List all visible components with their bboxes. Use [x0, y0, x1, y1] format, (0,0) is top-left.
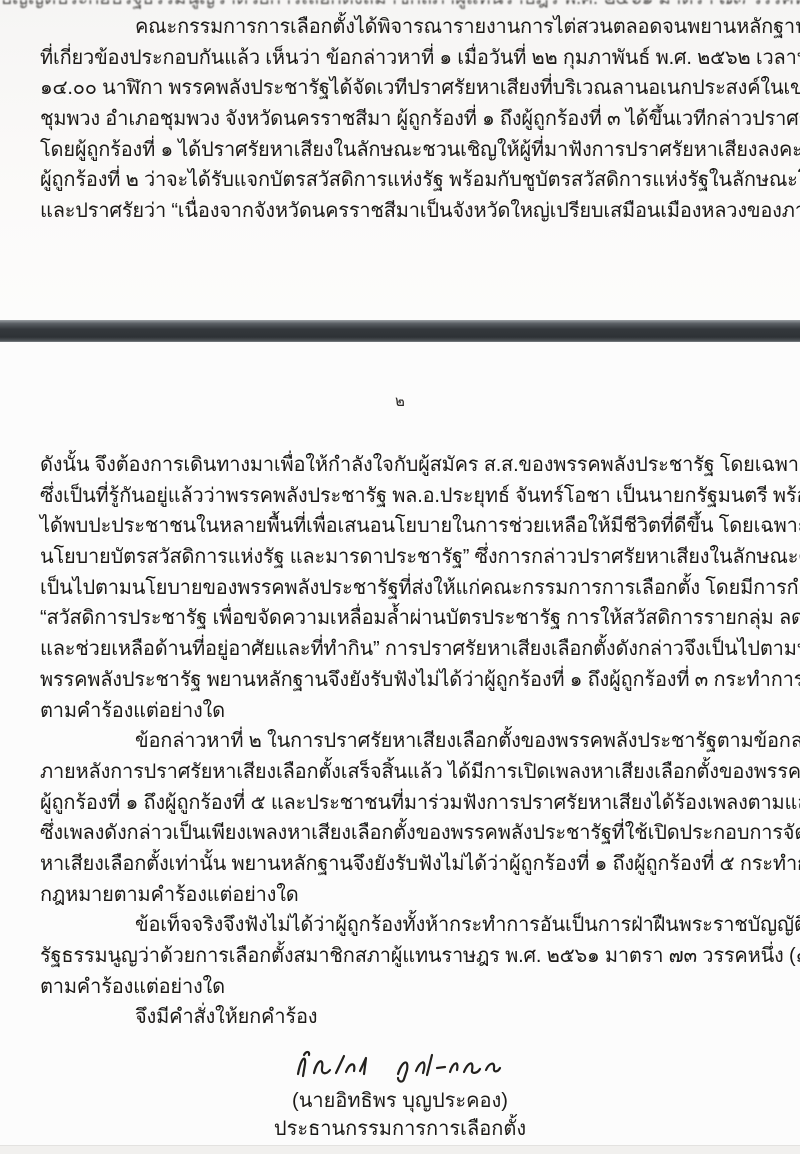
signer-title: ประธานกรรมการการเลือกตั้ง — [0, 1114, 800, 1144]
text-line: ตามคำร้องแต่อย่างใด — [40, 972, 772, 1003]
page-number: ๒ — [0, 389, 800, 411]
text-line: ซึ่งเพลงดังกล่าวเป็นเพียงเพลงหาเสียงเลือ… — [40, 818, 772, 849]
text-line: คณะกรรมการการเลือกตั้งได้พิจารณารายงานกา… — [40, 12, 772, 43]
text-line: นโยบายบัตรสวัสดิการแห่งรัฐ และมารดาประชา… — [40, 542, 772, 573]
text-line: ผู้ถูกร้องที่ ๒ ว่าจะได้รับแจกบัตรสวัสดิ… — [40, 165, 772, 196]
text-line: กฎหมายตามคำร้องแต่อย่างใด — [40, 880, 772, 911]
text-line: ผู้ถูกร้องที่ ๑ ถึงผู้ถูกร้องที่ ๕ และปร… — [40, 788, 772, 819]
text-line: รัฐธรรมนูญว่าด้วยการเลือกตั้งสมาชิกสภาผู… — [40, 941, 772, 972]
text-line: ชุมพวง อำเภอชุมพวง จังหวัดนครราชสีมา ผู้… — [40, 104, 772, 135]
text-line: และช่วยเหลือด้านที่อยู่อาศัยและที่ทำกิน”… — [40, 634, 772, 665]
text-line: จึงมีคำสั่งให้ยกคำร้อง — [40, 1002, 772, 1033]
signature-area — [0, 1046, 800, 1091]
text-line: ข้อเท็จจริงจึงฟังไม่ได้ว่าผู้ถูกร้องทั้ง… — [40, 910, 772, 941]
text-line: ซึ่งเป็นที่รู้กันอยู่แล้วว่าพรรคพลังประช… — [40, 481, 772, 512]
page1-text-block: คณะกรรมการการเลือกตั้งได้พิจารณารายงานกา… — [40, 12, 772, 227]
text-line: และปราศรัยว่า “เนื่องจากจังหวัดนครราชสีม… — [40, 196, 772, 227]
text-line: ภายหลังการปราศรัยหาเสียงเลือกตั้งเสร็จสิ… — [40, 757, 772, 788]
text-line: ตามคำร้องแต่อย่างใด — [40, 696, 772, 727]
signer-name: (นายอิทธิพร บุญประคอง) — [0, 1086, 800, 1116]
page2-text-block: ดังนั้น จึงต้องการเดินทางมาเพื่อให้กำลัง… — [40, 450, 772, 1033]
text-line: ๑๔.๐๐ นาฬิกา พรรคพลังประชารัฐได้จัดเวทีป… — [40, 73, 772, 104]
text-line: พรรคพลังประชารัฐ พยานหลักฐานจึงยังรับฟัง… — [40, 665, 772, 696]
scan-bottom-edge — [0, 1145, 800, 1154]
text-line: “สวัสดิการประชารัฐ เพื่อขจัดความเหลื่อมล… — [40, 603, 772, 634]
text-line: หาเสียงเลือกตั้งเท่านั้น พยานหลักฐานจึงย… — [40, 849, 772, 880]
text-line: เป็นไปตามนโยบายของพรรคพลังประชารัฐที่ส่ง… — [40, 573, 772, 604]
text-line: ได้พบปะประชาชนในหลายพื้นที่เพื่อเสนอนโยบ… — [40, 511, 772, 542]
text-line: โดยผู้ถูกร้องที่ ๑ ได้ปราศรัยหาเสียงในลั… — [40, 135, 772, 166]
scanned-document-page: บัญญัติประกอบรัฐธรรมนูญว่าด้วยการเลือกตั… — [0, 0, 800, 1154]
text-line: ที่เกี่ยวข้องประกอบกันแล้ว เห็นว่า ข้อกล… — [40, 43, 772, 74]
handwritten-signature-icon — [290, 1046, 510, 1086]
text-line: ข้อกล่าวหาที่ ๒ ในการปราศรัยหาเสียงเลือก… — [40, 726, 772, 757]
page-break-divider-band — [0, 320, 800, 342]
text-line: ดังนั้น จึงต้องการเดินทางมาเพื่อให้กำลัง… — [40, 450, 772, 481]
